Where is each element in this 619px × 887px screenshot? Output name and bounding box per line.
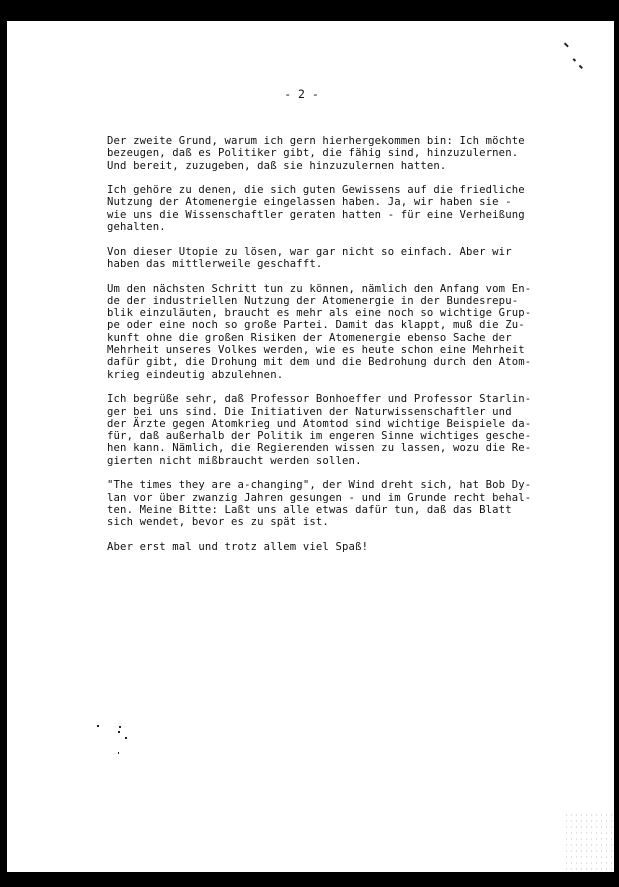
text-line: krieg eindeutig abzulehnen. <box>107 369 597 381</box>
paragraph-6: "The times they are a-changing", der Win… <box>107 479 597 528</box>
text-line: ten. Meine Bitte: Laßt uns alle etwas da… <box>107 504 597 516</box>
text-line: ger bei uns sind. Die Initiativen der Na… <box>107 406 597 418</box>
scan-artifact-mark <box>97 725 99 727</box>
text-line: hen kann. Nämlich, die Regierenden wisse… <box>107 442 597 454</box>
text-line: Und bereit, zuzugeben, daß sie hinzuzule… <box>107 160 597 172</box>
text-line: für, daß außerhalb der Politik im engere… <box>107 430 597 442</box>
text-line: blik einzuläuten, braucht es mehr als ei… <box>107 307 597 319</box>
text-line: Der zweite Grund, warum ich gern hierher… <box>107 135 597 147</box>
scan-artifact-mark <box>573 58 576 61</box>
text-line: Mehrheit unseres Volkes werden, wie es h… <box>107 344 597 356</box>
text-line: dafür gibt, die Drohung mit dem und die … <box>107 356 597 368</box>
paragraph-1: Der zweite Grund, warum ich gern hierher… <box>107 135 597 172</box>
body-text: Der zweite Grund, warum ich gern hierher… <box>107 135 597 565</box>
text-line: gehalten. <box>107 221 597 233</box>
text-line: kunft ohne die großen Risiken der Atomen… <box>107 332 597 344</box>
scan-artifact-mark <box>579 65 583 69</box>
page-number: - 2 - <box>0 87 605 101</box>
paragraph-3: Von dieser Utopie zu lösen, war gar nich… <box>107 246 597 271</box>
paragraph-7: Aber erst mal und trotz allem viel Spaß! <box>107 541 597 553</box>
scan-artifact-mark <box>119 726 121 728</box>
text-line: Von dieser Utopie zu lösen, war gar nich… <box>107 246 597 258</box>
scan-artifact-mark <box>118 731 120 733</box>
text-line: Ich gehöre zu denen, die sich guten Gewi… <box>107 184 597 196</box>
scan-artifact-mark <box>125 737 127 739</box>
text-line: Ich begrüße sehr, daß Professor Bonhoeff… <box>107 393 597 405</box>
scan-artifact-mark <box>118 752 119 754</box>
text-line: wie uns die Wissenschaftler geraten hatt… <box>107 209 597 221</box>
text-line: lan vor über zwanzig Jahren gesungen - u… <box>107 492 597 504</box>
document-page: - 2 - Der zweite Grund, warum ich gern h… <box>7 21 614 872</box>
paragraph-5: Ich begrüße sehr, daß Professor Bonhoeff… <box>107 393 597 467</box>
scan-noise <box>564 812 614 872</box>
text-line: Aber erst mal und trotz allem viel Spaß! <box>107 541 597 553</box>
paragraph-2: Ich gehöre zu denen, die sich guten Gewi… <box>107 184 597 233</box>
text-line: Nutzung der Atomenergie eingelassen habe… <box>107 196 597 208</box>
text-line: "The times they are a-changing", der Win… <box>107 479 597 491</box>
text-line: sich wendet, bevor es zu spät ist. <box>107 516 597 528</box>
text-line: pe oder eine noch so große Partei. Damit… <box>107 319 597 331</box>
paragraph-4: Um den nächsten Schritt tun zu können, n… <box>107 283 597 381</box>
text-line: de der industriellen Nutzung der Atomene… <box>107 295 597 307</box>
text-line: gierten nicht mißbraucht werden sollen. <box>107 455 597 467</box>
scan-artifact-mark <box>564 42 569 47</box>
text-line: Um den nächsten Schritt tun zu können, n… <box>107 283 597 295</box>
text-line: der Ärzte gegen Atomkrieg und Atomtod si… <box>107 418 597 430</box>
text-line: bezeugen, daß es Politiker gibt, die fäh… <box>107 147 597 159</box>
text-line: haben das mittlerweile geschafft. <box>107 258 597 270</box>
